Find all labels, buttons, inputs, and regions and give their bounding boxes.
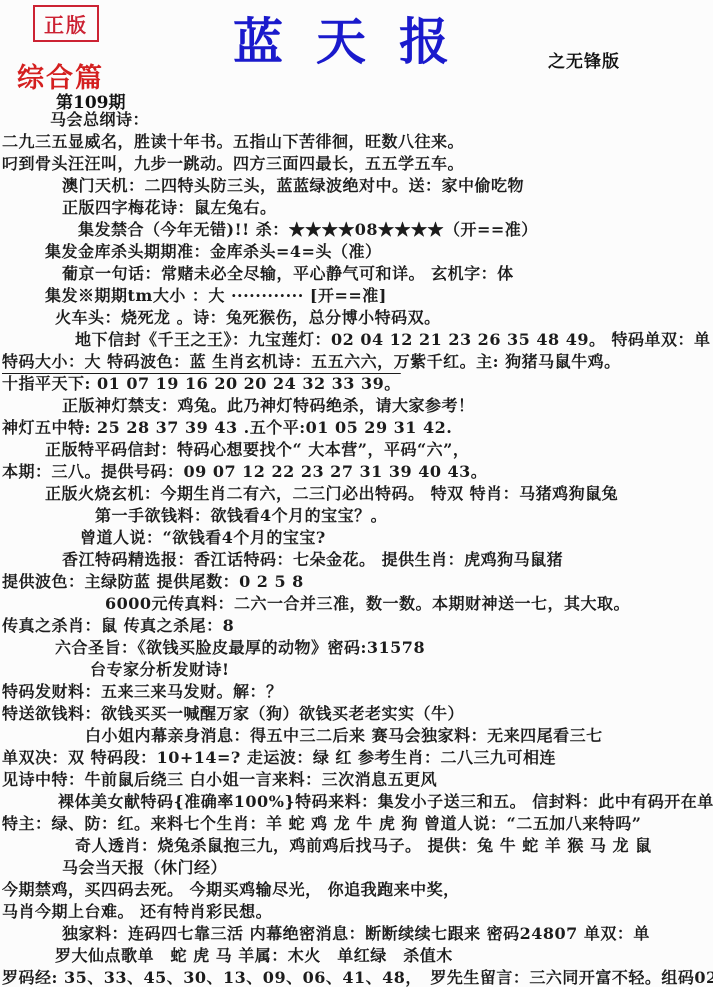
report-line: 六合圣旨：《欲钱买脸皮最厚的动物》密码:31578: [0, 637, 713, 659]
report-line: 神灯五中特: 25 28 37 39 43 .五个平:01 05 29 31 4…: [0, 417, 713, 439]
report-line: 正版神灯禁支：鸡兔。此乃神灯特码绝杀，请大家参考！: [0, 395, 713, 417]
report-line: 集发禁合（今年无错)!! 杀：★★★★08★★★★（开==准）: [0, 219, 713, 241]
report-line: 今期禁鸡，买四码去死。 今期买鸡输尽光， 你追我跑来中奖，: [0, 879, 713, 901]
report-line: 奇人透肖：烧兔杀鼠抱三九，鸡前鸡后找马子。 提供：兔 牛 蛇 羊 猴 马 龙 鼠: [0, 835, 713, 857]
report-line: 十指平天下: 01 07 19 16 20 20 24 32 33 39。: [0, 373, 713, 395]
edition-label: 之无锋版: [548, 47, 620, 72]
report-line: 见诗中特：牛前鼠后绕三 白小姐一言来料：三次消息五更风: [0, 769, 713, 791]
report-line: 6000元传真料：二六一合并三准，数一数。本期财神送一七，其大取。: [0, 593, 713, 615]
report-line: 第一手欲钱料：欲钱看4个月的宝宝？。: [0, 505, 713, 527]
report-line: 火车头：烧死龙 。诗：兔死猴伤，总分博小特码双。: [0, 307, 713, 329]
report-line: 台专家分析发财诗!: [0, 659, 713, 681]
page-title: 蓝天报: [233, 2, 482, 74]
report-line: 特送欲钱料：欲钱买买一喊醒万家（狗）欲钱买老老实实（牛）: [0, 703, 713, 725]
report-line: 正版四字梅花诗：鼠左兔右。: [0, 197, 713, 219]
report-line: 二九三五显威名，胜读十年书。五指山下苦徘徊，旺数八往来。: [0, 131, 713, 153]
report-line: 特码发财料：五来三来马发财。解：？: [0, 681, 713, 703]
report-line: 香江特码精选报：香江话特码：七朵金花。 提供生肖：虎鸡狗马鼠猪: [0, 549, 713, 571]
report-line: 集发※期期tm大小 ：大 ············ [开==准]: [0, 285, 713, 307]
report-line: 叼到骨头汪汪叫，九步一跳动。四方三面四最长，五五学五车。: [0, 153, 713, 175]
report-line: 集发金库杀头期期准：金库杀头=4=头（准）: [0, 241, 713, 263]
report-line: 曾道人说：“欲钱看4个月的宝宝?: [0, 527, 713, 549]
report-line: 提供波色：主绿防蓝 提供尾数：0 2 5 8: [0, 571, 713, 593]
report-line: 罗大仙点歌单 蛇 虎 马 羊属：木火 单红绿 杀值木: [0, 945, 713, 967]
report-line: 地下信封《千王之王》：九宝莲灯：02 04 12 21 23 26 35 48 …: [0, 329, 713, 351]
report-line: 马会总纲诗：: [0, 109, 713, 131]
report-line: 特码大小：大 特码波色：蓝 生肖玄机诗：五五六六，万紫千红。主: 狗猪马鼠牛鸡。: [0, 351, 713, 373]
report-line: 裸体美女献特码{准确率100%}特码来料：集发小子送三和五。 信封料：此中有码开…: [0, 791, 713, 813]
report-line: 传真之杀肖：鼠 传真之杀尾：8: [0, 615, 713, 637]
report-line: 本期：三八。提供号码：09 07 12 22 23 27 31 39 40 43…: [0, 461, 713, 483]
report-line: 特主：绿、防：红。来料七个生肖：羊 蛇 鸡 龙 牛 虎 狗 曾道人说：“二五加八…: [0, 813, 713, 835]
authentic-badge: 正版: [33, 5, 99, 42]
report-line: 罗码经: 35、33、45、30、13、09、06、41、48， 罗先生留言：三…: [0, 967, 713, 987]
report-line: 单双决：双 特码段：10+14=? 走运波：绿 红 参考生肖：二八三九可相连: [0, 747, 713, 769]
newspaper-page: 正版 蓝天报 之无锋版 综合篇 第109期 马会总纲诗：二九三五显威名，胜读十年…: [0, 0, 713, 987]
report-line: 独家料：连码四七靠三活 内幕绝密消息：断断续续七跟来 密码24807 单双：单: [0, 923, 713, 945]
report-line: 正版特平码信封：特码心想要找个“ 大本营”，平码“六”，: [0, 439, 713, 461]
report-line: 马肖今期上台难。 还有特肖彩民想。: [0, 901, 713, 923]
report-line: 澳门天机：二四特头防三头，蓝蓝绿波绝对中。送：家中偷吃物: [0, 175, 713, 197]
report-line: 葡京一句话：常赌未必全尽输，平心静气可和详。 玄机字：体: [0, 263, 713, 285]
report-line: 白小姐内幕亲身消息：得五中三二后来 赛马会独家料：无来四尾看三七: [0, 725, 713, 747]
report-lines: 马会总纲诗：二九三五显威名，胜读十年书。五指山下苦徘徊，旺数八往来。叼到骨头汪汪…: [0, 109, 713, 987]
report-line: 正版火烧玄机：今期生肖二有六，二三门必出特码。 特双 特肖：马猪鸡狗鼠兔: [0, 483, 713, 505]
report-line: 马会当天报（休门经）: [0, 857, 713, 879]
